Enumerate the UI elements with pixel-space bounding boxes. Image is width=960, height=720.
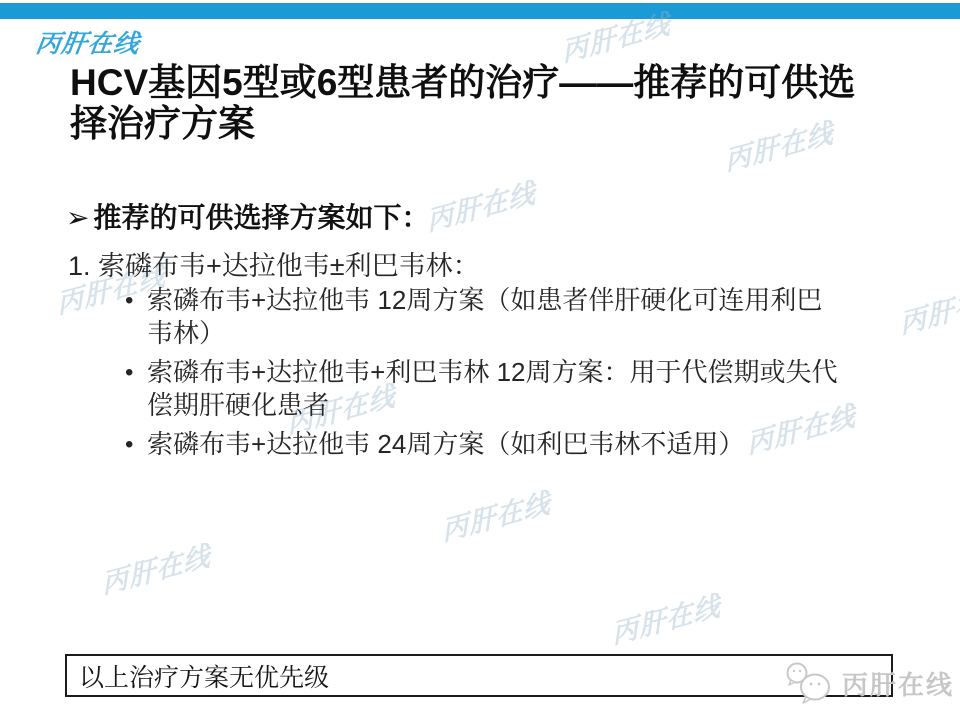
watermark: 丙肝在线: [898, 273, 960, 341]
bullet-list: • 索磷布韦+达拉他韦 12周方案（如患者伴肝硬化可连用利巴韦林） • 索磷布韦…: [125, 284, 845, 467]
footer-logo: 丙肝在线: [782, 660, 954, 706]
watermark: 丙肝在线: [610, 583, 722, 651]
chat-bubbles-icon: [782, 660, 838, 706]
section-heading-text: 推荐的可供选择方案如下：: [93, 202, 429, 233]
list-item-text: 索磷布韦+达拉他韦 24周方案（如利巴韦林不适用）: [147, 429, 744, 459]
numbered-item-1: 1. 索磷布韦+达拉他韦±利巴韦林：: [68, 244, 480, 283]
watermark: 丙肝在线: [100, 533, 212, 601]
slide-title: HCV基因5型或6型患者的治疗——推荐的可供选择治疗方案: [70, 62, 870, 144]
top-accent-bar: [0, 3, 960, 19]
list-item: • 索磷布韦+达拉他韦+利巴韦林 12周方案：用于代偿期或失代偿期肝硬化患者: [125, 356, 845, 422]
dot-bullet-icon: •: [125, 284, 133, 317]
presentation-slide: 丙肝在线 丙肝在线 丙肝在线 丙肝在线 丙肝在线 丙肝在线 丙肝在线 丙肝在线 …: [0, 0, 960, 720]
dot-bullet-icon: •: [125, 356, 133, 389]
list-item-text: 索磷布韦+达拉他韦 12周方案（如患者伴肝硬化可连用利巴韦林）: [147, 285, 822, 348]
footnote-text: 以上治疗方案无优先级: [79, 658, 329, 694]
section-heading: ➢推荐的可供选择方案如下：: [66, 196, 429, 236]
watermark: 丙肝在线: [425, 170, 537, 238]
arrow-bullet-icon: ➢: [66, 202, 89, 233]
list-item: • 索磷布韦+达拉他韦 12周方案（如患者伴肝硬化可连用利巴韦林）: [125, 284, 845, 350]
watermark: 丙肝在线: [440, 480, 552, 548]
brand-logo: 丙肝在线: [33, 24, 142, 60]
brand-logo-text: 丙肝在线: [34, 30, 142, 58]
dot-bullet-icon: •: [125, 428, 133, 461]
list-item-text: 索磷布韦+达拉他韦+利巴韦林 12周方案：用于代偿期或失代偿期肝硬化患者: [147, 357, 838, 420]
footer-logo-text: 丙肝在线: [842, 665, 954, 702]
footnote-box: 以上治疗方案无优先级: [65, 654, 893, 697]
list-item: • 索磷布韦+达拉他韦 24周方案（如利巴韦林不适用）: [125, 428, 845, 461]
